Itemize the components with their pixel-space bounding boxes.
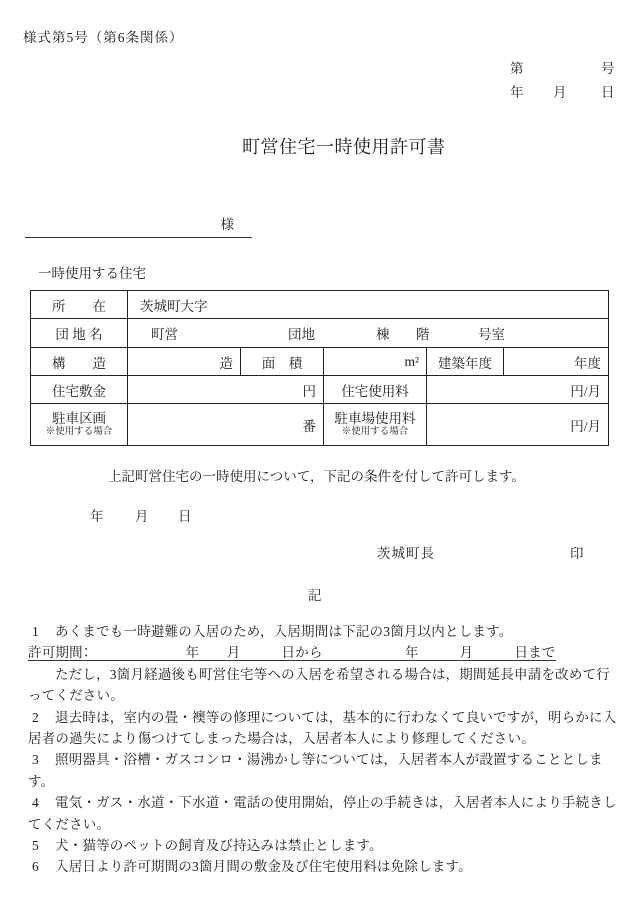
issuer-name: 茨城町長: [377, 546, 435, 562]
form-number: 様式第5号（第6条関係）: [23, 30, 184, 46]
location-label: 所 在: [52, 295, 106, 315]
estate-label: 団 地 名: [55, 323, 102, 343]
permission-sentence: 上記町営住宅の一時使用について，下記の条件を付して許可します。: [108, 469, 525, 485]
estate-value-cell: 町営 団地 棟 階 号室: [128, 319, 609, 348]
table-row-parking: 駐車区画 ※使用する場合 番 駐車場使用料 ※使用する場合 円/月: [31, 404, 609, 446]
estate-danchi: 団地: [288, 323, 315, 343]
area-label: 面 積: [262, 352, 303, 372]
seal-placeholder: 印: [570, 546, 584, 562]
issue-date-line: 年 月 日: [0, 509, 630, 527]
estate-floor: 階: [416, 323, 430, 343]
structure-label: 構 造: [52, 352, 106, 372]
doc-number-line: 第 号: [0, 61, 630, 79]
deposit-label-cell: 住宅敷金: [31, 376, 128, 404]
parking-fee-label: 駐車場使用料: [335, 411, 416, 427]
condition-text-6: 入居日より許可期間の3箇月間の敷金及び住宅使用料は免除します。: [55, 859, 472, 874]
condition-item-6: 6入居日より許可期間の3箇月間の敷金及び住宅使用料は免除します。: [28, 856, 622, 877]
table-row-structure: 構 造 造 面 積 m² 建築年度 年度: [31, 348, 609, 376]
table-row-deposit: 住宅敷金 円 住宅使用料 円/月: [31, 376, 609, 404]
condition-item-5: 5犬・猫等のペットの飼育及び持込みは禁止とします。: [28, 835, 622, 856]
condition-text-4: 電気・ガス・水道・下水道・電話の使用開始，停止の手続きは，入居者本人により手続き…: [28, 795, 617, 831]
parking-label: 駐車区画: [52, 411, 106, 427]
location-value: 茨城町大字: [140, 295, 208, 315]
parking-label-cell: 駐車区画 ※使用する場合: [31, 404, 128, 446]
area-value-cell: m²: [324, 348, 427, 376]
parking-value-cell: 番: [128, 404, 324, 446]
parking-unit: 番: [303, 415, 317, 435]
table-row-location: 所 在 茨城町大字: [31, 291, 609, 319]
deposit-value-cell: 円: [128, 376, 324, 404]
condition-text-3: 照明器具・浴槽・ガスコンロ・湯沸かし等については，入居者本人が設置することとしま…: [28, 752, 603, 788]
parking-fee-note: ※使用する場合: [342, 427, 409, 438]
condition-number-2: 2: [32, 707, 55, 728]
condition-number-4: 4: [32, 792, 55, 813]
location-value-cell: 茨城町大字: [128, 291, 609, 319]
date-top-month: 月: [553, 85, 567, 101]
recipient-fill-in-line: 様: [25, 217, 252, 238]
permit-period-line: 許可期間： 年 月 日から 年 月 日まで: [28, 642, 622, 663]
condition-text-5: 犬・猫等のペットの飼育及び持込みは禁止とします。: [55, 838, 383, 853]
parking-fee-unit: 円/月: [570, 415, 601, 435]
built-year-label: 建築年度: [438, 352, 492, 372]
deposit-unit: 円: [303, 380, 317, 400]
rent-label: 住宅使用料: [341, 380, 409, 400]
notice-heading: 記: [308, 588, 322, 604]
conditions-list: 1あくまでも一時避難の入居のため，入居期間は下記の3箇月以内とします。 許可期間…: [28, 621, 622, 878]
date-top-day: 日: [601, 85, 615, 101]
date-top-year: 年: [510, 85, 524, 101]
condition-item-4: 4電気・ガス・水道・下水道・電話の使用開始，停止の手続きは，入居者本人により手続…: [28, 792, 622, 835]
condition-text-1: あくまでも一時避難の入居のため，入居期間は下記の3箇月以内とします。: [55, 624, 512, 639]
rent-value-cell: 円/月: [427, 376, 609, 404]
condition-text-2: 退去時は，室内の畳・襖等の修理については，基本的に行わなくて良いですが，明らかに…: [28, 710, 616, 746]
parking-fee-label-cell: 駐車場使用料 ※使用する場合: [324, 404, 427, 446]
estate-room: 号室: [478, 323, 505, 343]
doc-number-prefix: 第: [510, 61, 524, 77]
housing-table: 所 在 茨城町大字 団 地 名 町営 団地 棟 階 号室 構 造 造 面 積 m…: [30, 290, 609, 446]
issue-date-year: 年: [90, 509, 104, 525]
permit-document-page: { "header": { "form_number": "様式第5号（第6条関…: [0, 0, 630, 903]
condition-number-1: 1: [32, 621, 55, 642]
condition-item-3: 3照明器具・浴槽・ガスコンロ・湯沸かし等については，入居者本人が設置することとし…: [28, 749, 622, 792]
deposit-label: 住宅敷金: [52, 380, 106, 400]
estate-label-cell: 団 地 名: [31, 319, 128, 348]
rent-label-cell: 住宅使用料: [324, 376, 427, 404]
permit-period-fill-in: 許可期間： 年 月 日から 年 月 日まで: [28, 645, 556, 661]
estate-prefix: 町営: [151, 323, 178, 343]
built-year-unit: 年度: [574, 352, 601, 372]
structure-label-cell: 構 造: [31, 348, 128, 376]
page-title: 町営住宅一時使用許可書: [242, 133, 446, 159]
housing-section-label: 一時使用する住宅: [38, 266, 146, 282]
condition-1-note: ただし，3箇月経過後も町営住宅等への入居を希望される場合は，期間延長申請を改めて…: [28, 664, 622, 707]
area-unit: m²: [404, 354, 419, 370]
condition-number-3: 3: [32, 749, 55, 770]
structure-value-cell: 造: [128, 348, 241, 376]
built-year-value-cell: 年度: [504, 348, 609, 376]
recipient-honorific: 様: [221, 217, 235, 232]
issuer-line: 茨城町長 印: [0, 546, 630, 564]
condition-number-6: 6: [32, 856, 55, 877]
issue-date-month: 月: [135, 509, 149, 525]
area-label-cell: 面 積: [241, 348, 324, 376]
structure-unit: 造: [220, 352, 234, 372]
table-row-estate: 団 地 名 町営 団地 棟 階 号室: [31, 319, 609, 348]
doc-number-suffix: 号: [601, 61, 615, 77]
condition-item-1: 1あくまでも一時避難の入居のため，入居期間は下記の3箇月以内とします。: [28, 621, 622, 642]
built-year-label-cell: 建築年度: [427, 348, 504, 376]
rent-unit: 円/月: [570, 380, 601, 400]
issue-date-day: 日: [178, 509, 192, 525]
condition-item-2: 2退去時は，室内の畳・襖等の修理については，基本的に行わなくて良いですが，明らか…: [28, 707, 622, 750]
date-top-line: 年 月 日: [0, 85, 630, 103]
location-label-cell: 所 在: [31, 291, 128, 319]
parking-fee-value-cell: 円/月: [427, 404, 609, 446]
estate-building: 棟: [376, 323, 390, 343]
condition-number-5: 5: [32, 835, 55, 856]
parking-note: ※使用する場合: [46, 427, 113, 438]
